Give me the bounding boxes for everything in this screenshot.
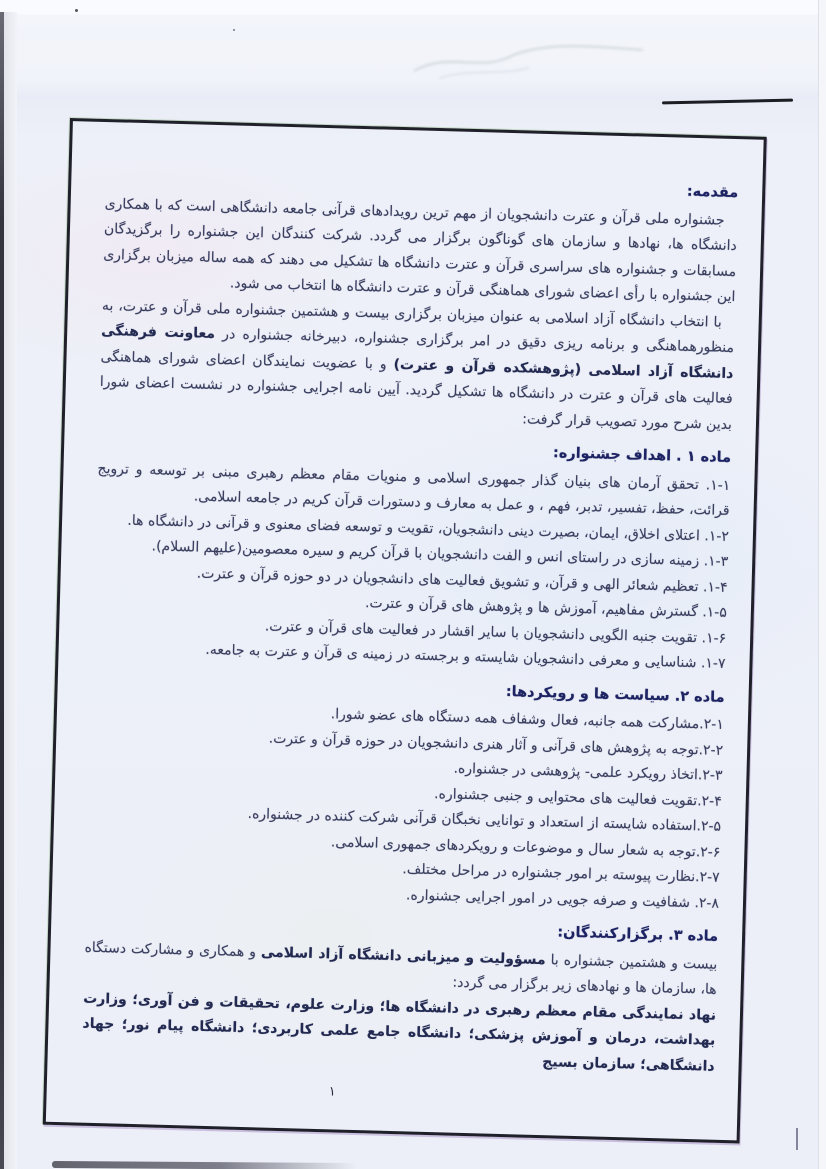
scan-artifact-right-dash bbox=[796, 1128, 798, 1150]
document-border-frame: مقدمه: جشنواره ملی قرآن و عترت دانشجویان… bbox=[43, 118, 767, 1143]
scan-edge-left-light bbox=[4, 12, 17, 1169]
scan-artifact-top-right-line bbox=[662, 99, 793, 105]
scanned-document-page: مقدمه: جشنواره ملی قرآن و عترت دانشجویان… bbox=[0, 0, 826, 1169]
scan-artifact-bottom-left-streak bbox=[52, 1161, 357, 1169]
scan-edge-right bbox=[818, 0, 826, 1169]
intro-paragraph-1: جشنواره ملی قرآن و عترت دانشجویان از مهم… bbox=[102, 191, 738, 310]
bleedthrough-ink-artifact bbox=[407, 20, 650, 87]
scan-speck bbox=[233, 29, 235, 31]
bold-run-host-university: مسؤولیت و میزبانی دانشگاه آزاد اسلامی bbox=[261, 944, 546, 968]
page-number: ۱ bbox=[329, 1084, 336, 1099]
intro-paragraph-2: با انتخاب دانشگاه آزاد اسلامی به عنوان م… bbox=[99, 293, 735, 438]
scan-speck bbox=[75, 9, 78, 12]
document-content: مقدمه: جشنواره ملی قرآن و عترت دانشجویان… bbox=[46, 121, 764, 1140]
text-run: بیست و هشتمین جشنواره با bbox=[545, 952, 717, 973]
organizers-list: نهاد نمایندگی مقام معظم رهبری در دانشگاه… bbox=[81, 986, 716, 1080]
